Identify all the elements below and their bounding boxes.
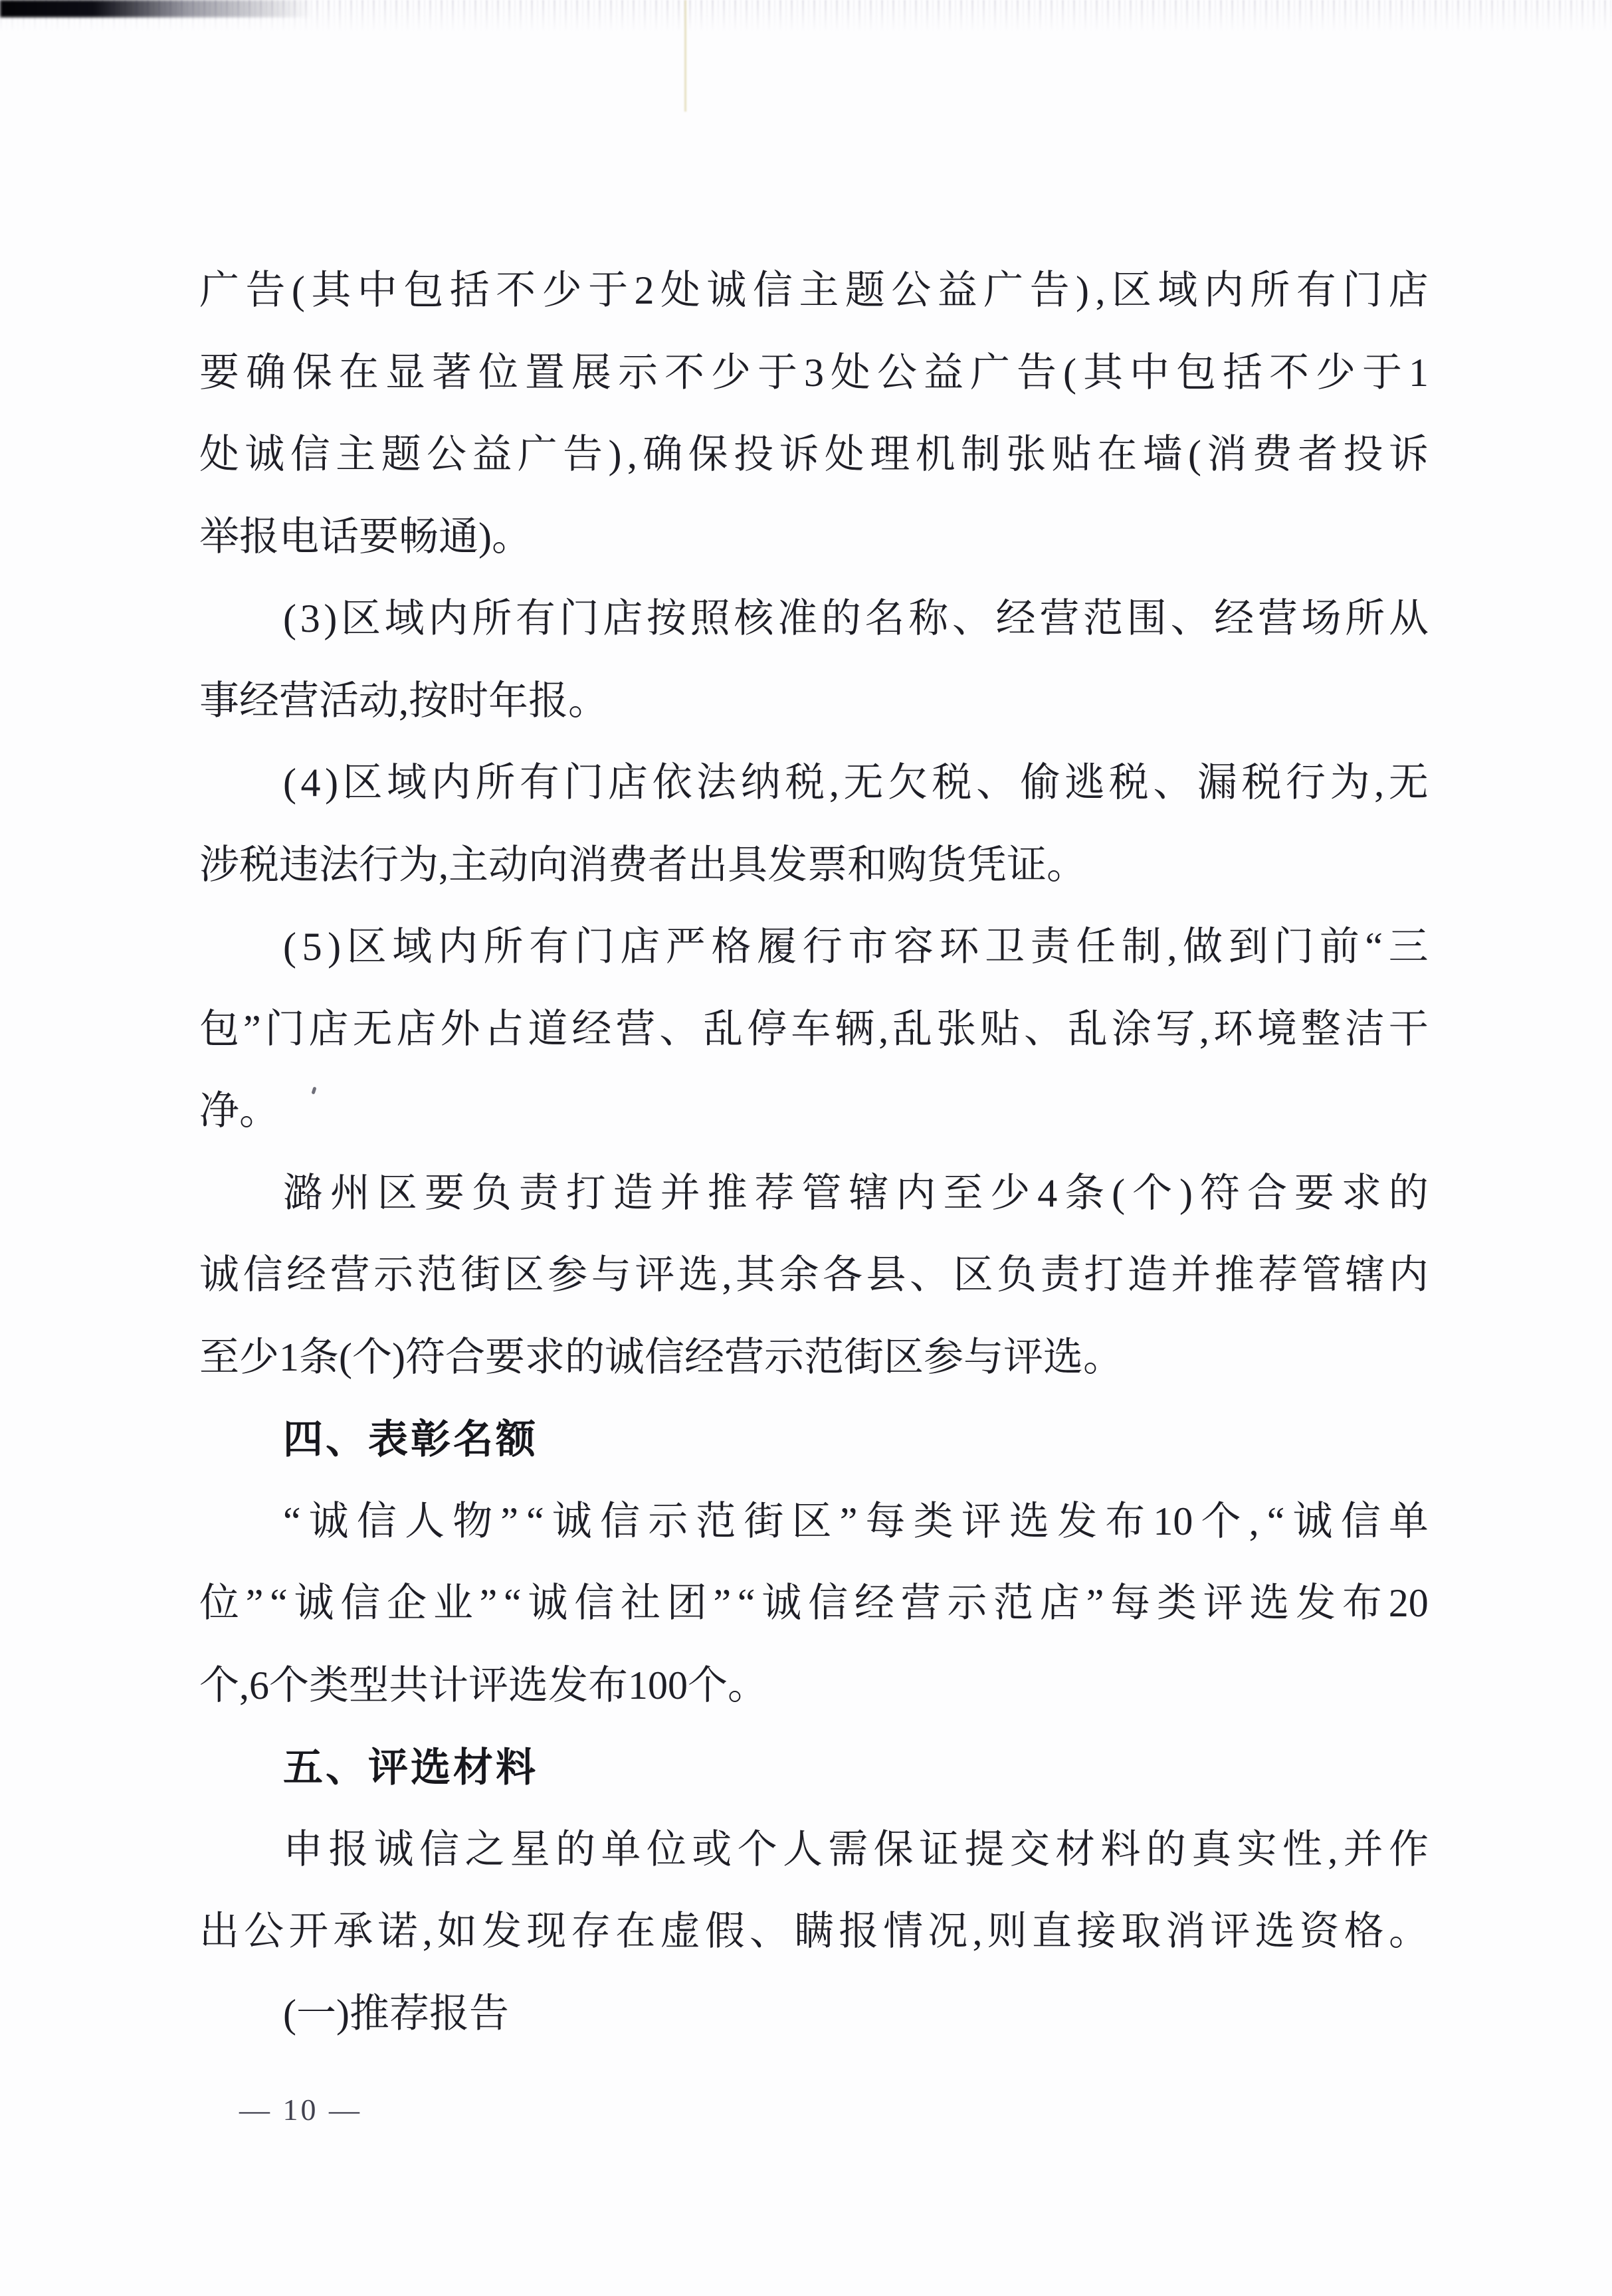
text-line: 个,6个类型共计评选发布100个。 xyxy=(199,1645,1429,1727)
text-line: 申报诚信之星的单位或个人需保证提交材料的真实性,并作 xyxy=(199,1809,1429,1891)
text-line: 至少1条(个)符合要求的诚信经营示范街区参与评选。 xyxy=(199,1317,1429,1399)
text-line: 涉税违法行为,主动向消费者出具发票和购货凭证。 xyxy=(199,824,1429,907)
document-body: 广告(其中包括不少于2处诚信主题公益广告),区域内所有门店要确保在显著位置展示不… xyxy=(199,250,1429,2055)
text-line: (4)区域内所有门店依法纳税,无欠税、偷逃税、漏税行为,无 xyxy=(199,742,1429,824)
text-line: (一)推荐报告 xyxy=(199,1973,1429,2056)
text-line: (5)区域内所有门店严格履行市容环卫责任制,做到门前“三 xyxy=(199,906,1429,989)
text-line: (3)区域内所有门店按照核准的名称、经营范围、经营场所从 xyxy=(199,578,1429,660)
scan-streak xyxy=(684,0,686,112)
text-line: 潞州区要负责打造并推荐管辖内至少4条(个)符合要求的 xyxy=(199,1153,1429,1235)
text-line: 要确保在显著位置展示不少于3处公益广告(其中包括不少于1 xyxy=(199,332,1429,415)
text-line: 举报电话要畅通)。 xyxy=(199,496,1429,579)
section-heading: 四、表彰名额 xyxy=(199,1398,1429,1481)
page-number: — 10 — xyxy=(239,2091,362,2129)
scan-smudge-top-left xyxy=(0,0,312,17)
text-line: 处诚信主题公益广告),确保投诉处理机制张贴在墙(消费者投诉 xyxy=(199,414,1429,496)
text-line: 净。 xyxy=(199,1070,1429,1153)
text-line: 包”门店无店外占道经营、乱停车辆,乱张贴、乱涂写,环境整洁干 xyxy=(199,989,1429,1071)
text-line: “诚信人物”“诚信示范街区”每类评选发布10个,“诚信单 xyxy=(199,1481,1429,1563)
text-line: 出公开承诺,如发现存在虚假、瞒报情况,则直接取消评选资格。 xyxy=(199,1891,1429,1973)
text-line: 位”“诚信企业”“诚信社团”“诚信经营示范店”每类评选发布20 xyxy=(199,1563,1429,1645)
scanned-document-page: 广告(其中包括不少于2处诚信主题公益广告),区域内所有门店要确保在显著位置展示不… xyxy=(0,0,1612,2296)
text-line: 事经营活动,按时年报。 xyxy=(199,660,1429,743)
text-line: 诚信经营示范街区参与评选,其余各县、区负责打造并推荐管辖内 xyxy=(199,1234,1429,1317)
text-line: 广告(其中包括不少于2处诚信主题公益广告),区域内所有门店 xyxy=(199,250,1429,332)
section-heading: 五、评选材料 xyxy=(199,1727,1429,1809)
